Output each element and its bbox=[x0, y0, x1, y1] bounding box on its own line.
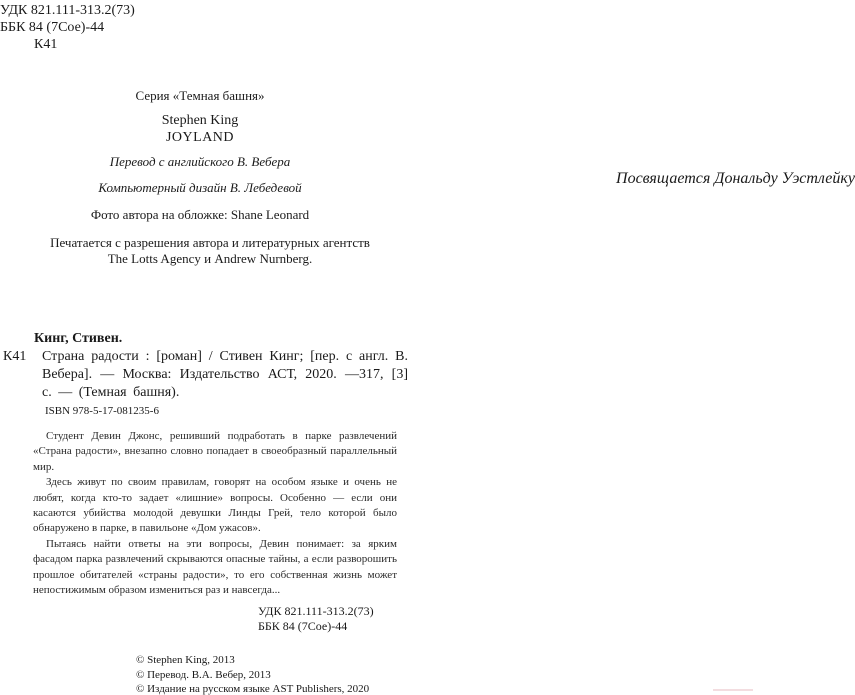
udk-code: УДК 821.111-313.2(73) bbox=[0, 2, 135, 19]
title-credits-block: Серия «Темная башня» Stephen King JOYLAN… bbox=[0, 88, 400, 223]
design-credit: Компьютерный дизайн В. Лебедевой bbox=[0, 180, 400, 196]
scan-artifact bbox=[713, 689, 753, 691]
original-author: Stephen King bbox=[0, 112, 400, 129]
bibliographic-description: Страна радости : [роман] / Стивен Кинг; … bbox=[42, 348, 408, 402]
permission-line-1: Печатается с разрешения автора и литерат… bbox=[0, 235, 420, 251]
permission-line-2: The Lotts Agency и Andrew Nurnberg. bbox=[0, 251, 420, 267]
translation-credit: Перевод с английского В. Вебера bbox=[0, 154, 400, 170]
photo-credit: Фото автора на обложке: Shane Leonard bbox=[0, 207, 400, 223]
udk-code: УДК 821.111-313.2(73) bbox=[258, 604, 374, 619]
abstract-paragraph: Пытаясь найти ответы на эти вопросы, Дев… bbox=[33, 537, 397, 599]
permission-notice: Печатается с разрешения автора и литерат… bbox=[0, 235, 420, 267]
dedication: Посвящается Дональду Уэстлейку bbox=[616, 170, 855, 188]
bibliographic-author-heading: Кинг, Стивен. bbox=[34, 330, 122, 347]
copyright-line: © Издание на русском языке AST Publisher… bbox=[136, 682, 369, 695]
bibliographic-author-mark: К41 bbox=[3, 348, 26, 365]
abstract-paragraph: Студент Девин Джонс, решивший подработат… bbox=[33, 429, 397, 475]
classification-codes-top: УДК 821.111-313.2(73) ББК 84 (7Сое)-44 К… bbox=[0, 2, 135, 53]
bbk-code: ББК 84 (7Сое)-44 bbox=[258, 619, 374, 634]
copyright-notices: © Stephen King, 2013 © Перевод. В.А. Веб… bbox=[136, 653, 369, 695]
isbn: ISBN 978-5-17-081235-6 bbox=[45, 404, 159, 419]
original-title: JOYLAND bbox=[0, 129, 400, 146]
series-name: Серия «Темная башня» bbox=[0, 88, 400, 104]
book-abstract: Студент Девин Джонс, решивший подработат… bbox=[33, 429, 397, 598]
author-mark: К41 bbox=[0, 36, 135, 53]
copyright-line: © Stephen King, 2013 bbox=[136, 653, 369, 668]
classification-codes-bottom: УДК 821.111-313.2(73) ББК 84 (7Сое)-44 bbox=[258, 604, 374, 634]
copyright-line: © Перевод. В.А. Вебер, 2013 bbox=[136, 668, 369, 683]
bbk-code: ББК 84 (7Сое)-44 bbox=[0, 19, 135, 36]
abstract-paragraph: Здесь живут по своим правилам, говорят н… bbox=[33, 475, 397, 537]
